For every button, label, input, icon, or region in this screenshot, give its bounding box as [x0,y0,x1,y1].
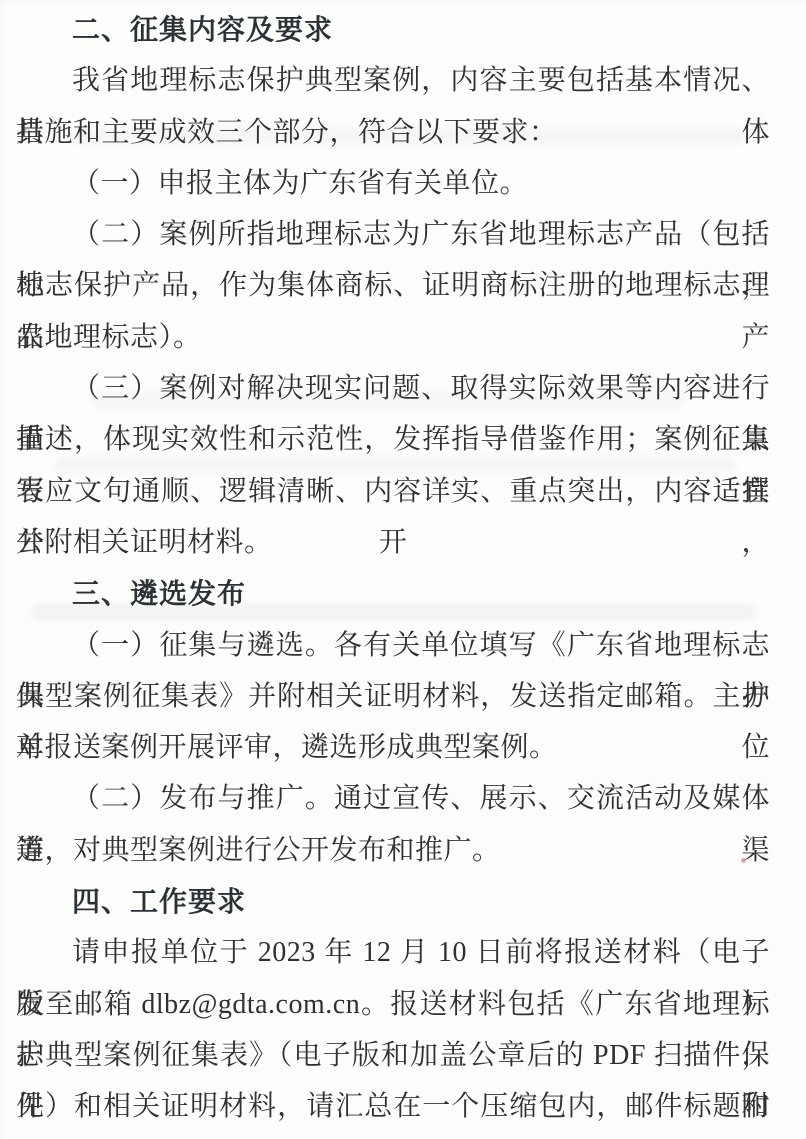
text-line: 请申报单位于 2023 年 12 月 10 日前将报送材料（电子版） [16,927,770,978]
text-line: 件）和相关证明材料，请汇总在一个压缩包内，邮件标题和压缩 [16,1081,770,1132]
text-line: （二）发布与推广。通过宣传、展示、交流活动及媒体等渠 [16,773,770,824]
text-line: 描述，体现实效性和示范性，发挥指导借鉴作用；案例征集表撰 [16,414,770,465]
text-line: （一）征集与遴选。各有关单位填写《广东省地理标志保护 [16,620,770,671]
text-line: 护典型案例征集表》（电子版和加盖公章后的 PDF 扫描件，见附 [16,1030,770,1081]
text-line: （一）申报主体为广东省有关单位。 [16,158,770,209]
section-heading: 二、征集内容及要求 [16,4,770,55]
section-heading: 三、遴选发布 [16,568,770,619]
text-line: （二）案例所指地理标志为广东省地理标志产品（包括地理 [16,209,770,260]
scanned-document-page: 二、征集内容及要求我省地理标志保护典型案例，内容主要包括基本情况、具体措施和主要… [0,0,806,1139]
text-line: 标志保护产品，作为集体商标、证明商标注册的地理标志，农产 [16,260,770,311]
document-body: 二、征集内容及要求我省地理标志保护典型案例，内容主要包括基本情况、具体措施和主要… [16,4,770,1133]
text-line: 我省地理标志保护典型案例，内容主要包括基本情况、具体 [16,55,770,106]
text-line: 发至邮箱 dlbz@gdta.com.cn。报送材料包括《广东省地理标志保 [16,979,770,1030]
text-line: 典型案例征集表》并附相关证明材料，发送指定邮箱。主办单位 [16,671,770,722]
section-heading: 四、工作要求 [16,876,770,927]
text-line: （三）案例对解决现实问题、取得实际效果等内容进行重点 [16,363,770,414]
text-line: 写应文句通顺、逻辑清晰、内容详实、重点突出，内容适宜公开， [16,466,770,517]
